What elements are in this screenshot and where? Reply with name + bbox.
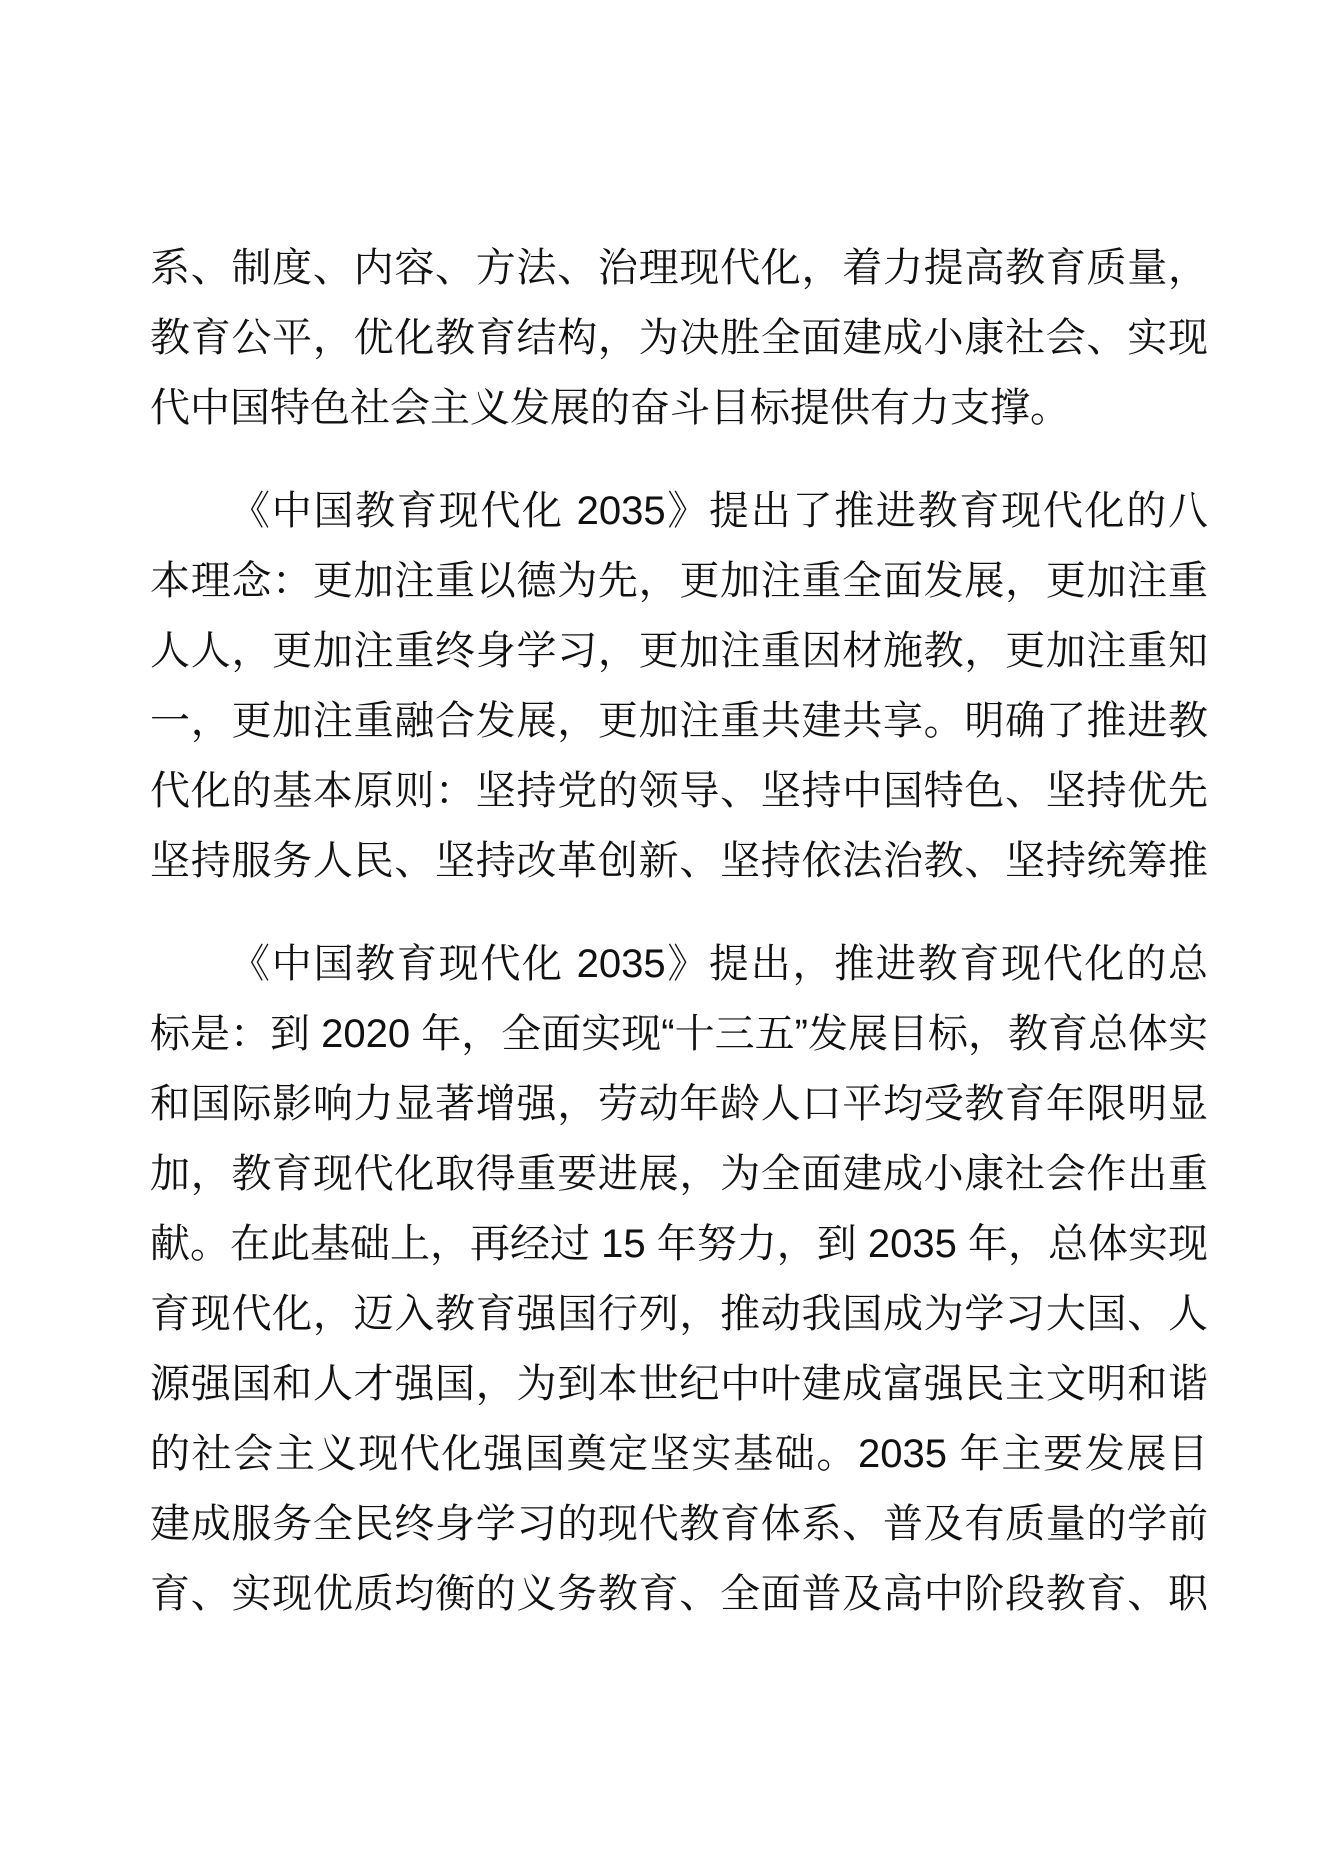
text-line: 坚持服务人民、坚持改革创新、坚持依法治教、坚持统筹推进。 bbox=[150, 826, 1208, 896]
text-line: 献。在此基础上，再经过 15 年努力，到 2035 年，总体实现教 bbox=[150, 1209, 1208, 1279]
text-line: 建成服务全民终身学习的现代教育体系、普及有质量的学前教 bbox=[150, 1489, 1208, 1559]
text-line: 代中国特色社会主义发展的奋斗目标提供有力支撑。 bbox=[150, 373, 1208, 443]
text-line: 和国际影响力显著增强，劳动年龄人口平均受教育年限明显增 bbox=[150, 1069, 1208, 1139]
paragraph: 《中国教育现代化 2035》提出了推进教育现代化的八大基 本理念：更加注重以德为… bbox=[150, 476, 1208, 896]
text-line: 加，教育现代化取得重要进展，为全面建成小康社会作出重要贡 bbox=[150, 1139, 1208, 1209]
text-line: 育现代化，迈入教育强国行列，推动我国成为学习大国、人力资 bbox=[150, 1279, 1208, 1349]
paragraph: 《中国教育现代化 2035》提出，推进教育现代化的总体目 标是：到 2020 年… bbox=[150, 929, 1208, 1629]
document-page: 系、制度、内容、方法、治理现代化，着力提高教育质量，促进 教育公平，优化教育结构… bbox=[0, 0, 1323, 1871]
text-line: 《中国教育现代化 2035》提出了推进教育现代化的八大基 bbox=[150, 476, 1208, 546]
text-line: 一，更加注重融合发展，更加注重共建共享。明确了推进教育现 bbox=[150, 686, 1208, 756]
text-line: 教育公平，优化教育结构，为决胜全面建成小康社会、实现新时 bbox=[150, 303, 1208, 373]
text-line: 代化的基本原则：坚持党的领导、坚持中国特色、坚持优先发展、 bbox=[150, 756, 1208, 826]
text-line: 《中国教育现代化 2035》提出，推进教育现代化的总体目 bbox=[150, 929, 1208, 999]
text-line: 本理念：更加注重以德为先，更加注重全面发展，更加注重面向 bbox=[150, 546, 1208, 616]
text-line: 系、制度、内容、方法、治理现代化，着力提高教育质量，促进 bbox=[150, 233, 1208, 303]
text-line: 人人，更加注重终身学习，更加注重因材施教，更加注重知行合 bbox=[150, 616, 1208, 686]
text-line: 标是：到 2020 年，全面实现“十三五”发展目标，教育总体实力 bbox=[150, 999, 1208, 1069]
text-line: 育、实现优质均衡的义务教育、全面普及高中阶段教育、职业教 bbox=[150, 1559, 1208, 1629]
text-line: 的社会主义现代化强国奠定坚实基础。2035 年主要发展目标是： bbox=[150, 1419, 1208, 1489]
paragraph: 系、制度、内容、方法、治理现代化，着力提高教育质量，促进 教育公平，优化教育结构… bbox=[150, 233, 1208, 443]
text-line: 源强国和人才强国，为到本世纪中叶建成富强民主文明和谐美丽 bbox=[150, 1349, 1208, 1419]
